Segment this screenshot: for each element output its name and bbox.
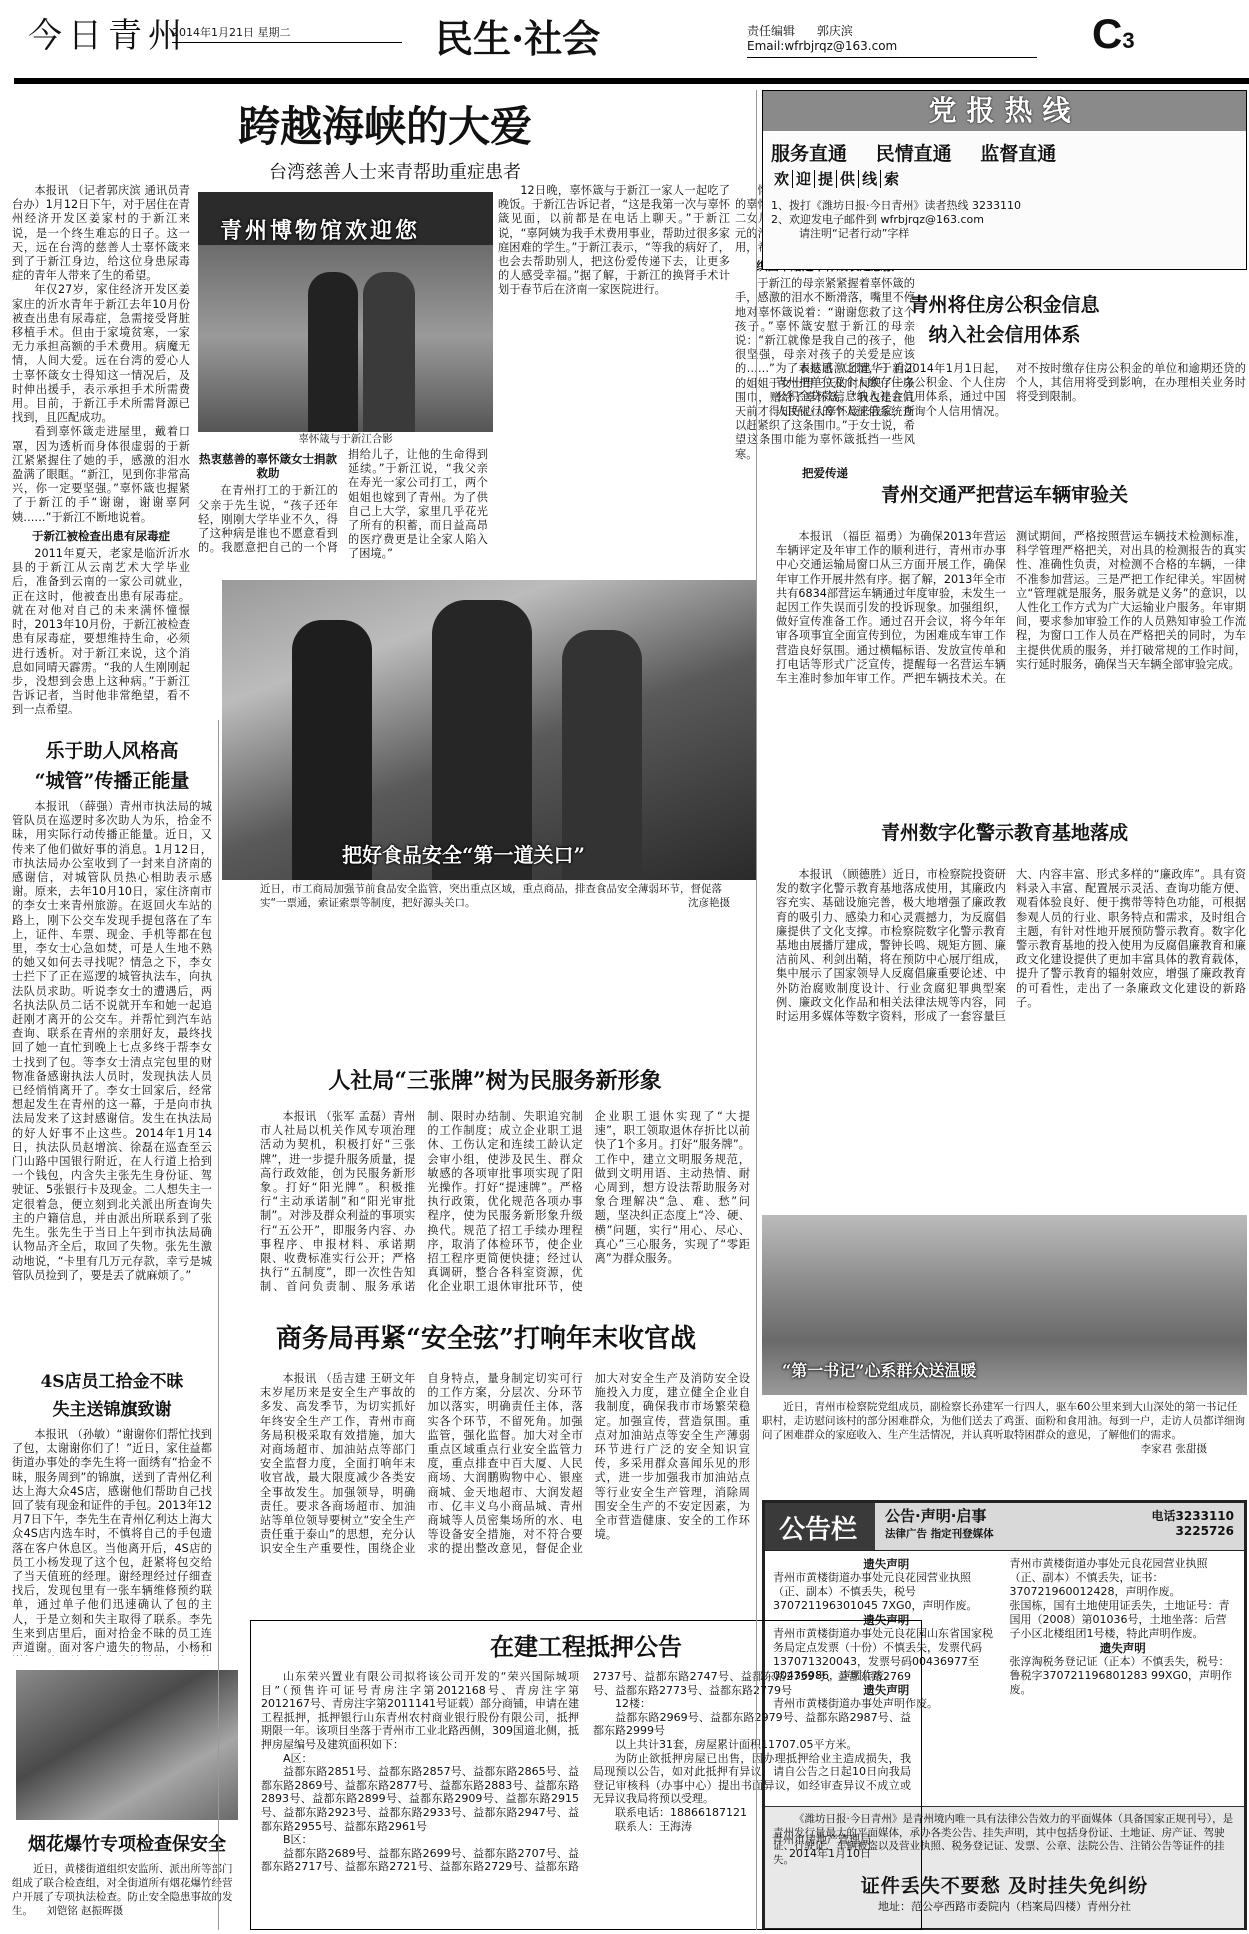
transport-para: 本报讯 （福臣 福勇）为确保2013年营运车辆评定及年审工作的顺利进行，青州市办… [776, 530, 1246, 686]
lead-photo-caption: 辜怀箴与于新江合影 [198, 432, 493, 446]
mortgage-objection: 为防止欲抵押房屋已出售，因办理抵押给业主造成损失，我局现预以公告，如对此抵押有异… [593, 1752, 911, 1806]
mortgage-issuer: 青州市房地产管理局 [593, 1833, 911, 1847]
commerce-para: 本报讯 （岳吉建 王研文年末岁尾历来是安全生产事故的多发、高发季节，为切实抓好年… [260, 1372, 750, 1557]
hotline-phone: 1、拨打《潍坊日报·今日青州》读者热线 3233110 [771, 199, 1238, 213]
hotline-title: 党报热线 [763, 91, 1246, 131]
notice-phone: 电话32331103225726 [1142, 1503, 1244, 1550]
social-security-para: 本报讯 （张军 孟磊）青州市人社局以机关作风专项治理活动为契机，积极打好“三张牌… [260, 1110, 750, 1295]
visit-caption: 近日，青州市检察院党组成员，副检察长孙建军一行四人，驱车60公里来到大山深处的第… [762, 1400, 1247, 1456]
chengguan-headline: 乐于助人风格高 “城管”传播正能量 [12, 736, 212, 796]
lead-section2-title: 热衷慈善的辜怀箴女士捐款救助 [198, 452, 338, 480]
issue-date: 2014年1月21日 星期二 [172, 24, 402, 43]
food-safety-title: 把好食品安全“第一道关口” [342, 839, 585, 868]
lead-text-col2: 热衷慈善的辜怀箴女士捐款救助 在青州打工的于新江的父亲于先生说，“孩子还年轻，刚… [198, 448, 488, 578]
housing-headline-1: 青州将住房公积金信息 [762, 290, 1247, 320]
transport-headline: 青州交通严把营运车辆审验关 [762, 480, 1247, 507]
lead-text-col1: 本报讯 （记者郭庆滨 通讯员青台办）1月12日下午，对于居住在青州经济开发区姜家… [12, 184, 190, 714]
notice-title: 公告栏 [765, 1503, 875, 1550]
lead-text-col3: 12日晚，辜怀箴与于新江一家人一起吃了晚饭。于新江告诉记者，“这是我第一次与辜怀… [498, 184, 730, 578]
lead-para-1: 本报讯 （记者郭庆滨 通讯员青台办）1月12日下午，对于居住在青州经济开发区姜家… [12, 184, 190, 283]
welcome-char: 索 [881, 170, 902, 188]
notice-header: 公告栏 公告·声明·启事法律广告 指定刊登媒体 电话32331103225726 [765, 1503, 1244, 1551]
digital-base-headline: 青州数字化警示教育基地落成 [762, 818, 1247, 845]
mortgage-title: 在建工程抵押公告 [261, 1627, 911, 1662]
notice-item-text: 张国栋，国有土地使用证丢失，土地证号：青国用（2008）第01036号，土地坐落… [1010, 1599, 1237, 1641]
food-safety-credit: 沈彦艳摄 [688, 896, 730, 910]
transport-text: 本报讯 （福臣 福勇）为确保2013年营运车辆评定及年审工作的顺利进行，青州市办… [776, 530, 1246, 792]
editor-info: 责任编辑 郭庆滨 Email:wfrbjrqz@163.com [747, 22, 1037, 58]
fireworks-headline: 烟花爆竹专项检查保安全 [12, 1830, 242, 1856]
lead-photo: 青州博物馆欢迎您 [198, 192, 493, 432]
lead-headline: 跨越海峡的大爱 [210, 94, 560, 154]
lead-para-2: 年仅27岁，家住经济开发区姜家庄的沂水青年于新江去年10月份被查出患有尿毒症，急… [12, 283, 190, 425]
housing-headline-2: 纳入社会信用体系 [762, 320, 1247, 350]
lead-subheadline: 台湾慈善人士来青帮助重症患者 [230, 158, 560, 184]
notice-col-right: 青州市黄楼街道办事处元良花园营业执照（正、副本）不慎丢失，证书：37072196… [1010, 1557, 1237, 1800]
hotline-box: 党报热线 服务直通 民情直通 监督直通 欢迎提供线索 1、拨打《潍坊日报·今日青… [762, 90, 1247, 270]
mortgage-building-12-list: 益都东路2969号、益都东路2979号、益都东路2987号、益都东路2999号 [593, 1711, 911, 1738]
mortgage-notice: 在建工程抵押公告 山东荣兴置业有限公司拟将该公司开发的“荣兴国际城项目”（预售许… [250, 1620, 922, 1930]
fireworks-photo [16, 1670, 238, 1820]
notice-item-text: 张淳淘税务登记证（正本）不慎丢失，税号：鲁税字370721196801283 9… [1010, 1655, 1237, 1697]
hotline-services: 服务直通 民情直通 监督直通 [763, 131, 1246, 166]
mortgage-intro: 山东荣兴置业有限公司拟将该公司开发的“荣兴国际城项目”（预售许可证号青房注字第2… [261, 1670, 579, 1752]
food-safety-photo: 把好食品安全“第一道关口” [222, 580, 757, 880]
hotline-contact: 1、拨打《潍坊日报·今日青州》读者热线 3233110 2、欢迎发电子邮件到 w… [763, 191, 1246, 241]
welcome-char: 供 [837, 170, 859, 188]
chengguan-headline-2: “城管”传播正能量 [12, 766, 212, 796]
food-safety-caption-text: 近日，市工商局加强节前食品安全监管，突出重点区域，重点商品，排查食品安全薄弱环节… [260, 883, 722, 909]
lead-para-3: 看到辜怀箴走进屋里，戴着口罩，因为透析而身体很虚弱的于新江紧紧握住了她的手，感激… [12, 425, 190, 524]
mortgage-body: 山东荣兴置业有限公司拟将该公司开发的“荣兴国际城项目”（预售许可证号青房注字第2… [261, 1670, 911, 1910]
housing-headline: 青州将住房公积金信息 纳入社会信用体系 [762, 290, 1247, 350]
mortgage-building-a-list: 益都东路2851号、益都东路2857号、益都东路2865号、益都东路2869号、… [261, 1765, 579, 1833]
hotline-email[interactable]: 2、欢迎发电子邮件到 wfrbjrqz@163.com [771, 213, 1238, 227]
column-divider [218, 720, 219, 1930]
visit-caption-text: 近日，青州市检察院党组成员，副检察长孙建军一行四人，驱车60公里来到大山深处的第… [762, 1401, 1245, 1441]
museum-sign-text: 青州博物馆欢迎您 [220, 214, 420, 245]
masthead-rule [14, 78, 1249, 84]
lost-found-headline: 4S店员工拾金不昧 失主送锦旗致谢 [12, 1368, 212, 1424]
editor-label: 责任编辑 [747, 24, 795, 38]
welcome-char: 迎 [793, 170, 815, 188]
lead-section1-title: 于新江被检查出患有尿毒症 [12, 529, 190, 543]
paper-logo: 今日青州 [28, 8, 188, 57]
welcome-char: 线 [859, 170, 881, 188]
hotline-note: 请注明“记者行动”字样 [771, 227, 1238, 241]
lost-found-text: 本报讯 （孙敏）“谢谢你们帮忙找到了包，太谢谢你们了！”近日，家住益都街道办事处… [12, 1428, 212, 1656]
mortgage-building-b: B区： [261, 1833, 579, 1847]
service-item: 监督直通 [980, 143, 1056, 165]
service-item: 民情直通 [876, 143, 952, 165]
chengguan-para: 本报讯 （薛强）青州市执法局的城管队员在巡逻时多次助人为乐，拾金不昧，用实际行动… [12, 800, 212, 1283]
lost-found-headline-1: 4S店员工拾金不昧 [12, 1368, 212, 1396]
welcome-char: 欢 [771, 170, 793, 188]
housing-para: 本报讯 （邱建华）自2014年1月1日起，青州把单位及个人缴存住房公积金、个人住… [776, 362, 1246, 419]
service-item: 服务直通 [771, 143, 847, 165]
notice-item-text: 青州市黄楼街道办事处元良花园营业执照（正、副本）不慎丢失，证书：37072196… [1010, 1557, 1237, 1599]
page-number: C3 [1092, 10, 1135, 58]
editor-name: 郭庆滨 [817, 24, 853, 38]
notice-tags: 公告·声明·启事法律广告 指定刊登媒体 [875, 1503, 1142, 1550]
fireworks-caption: 近日，黄楼街道组织安监所、派出所等部门组成了联合检查组，对全街道所有烟花爆竹经营… [12, 1862, 242, 1918]
notice-phone-2: 3225726 [1152, 1524, 1234, 1538]
mortgage-contact: 联系人：王海涛 [593, 1820, 911, 1834]
notice-item-title: 遗失声明 [773, 1557, 1000, 1571]
person-silhouette [363, 272, 415, 432]
chengguan-text: 本报讯 （薛强）青州市执法局的城管队员在巡逻时多次助人为乐，拾金不昧，用实际行动… [12, 800, 212, 1360]
person-silhouette [432, 600, 532, 880]
mortgage-date: 2014年1月10日 [593, 1847, 911, 1861]
notice-phone-1: 电话3233110 [1152, 1507, 1234, 1524]
visit-photo: “第一书记”心系群众送温暖 [762, 1215, 1247, 1395]
digital-base-text: 本报讯 （顾德胜）近日，市检察院投资研发的数字化警示教育基地落成使用，其廉政内容… [776, 868, 1246, 1208]
editor-email[interactable]: Email:wfrbjrqz@163.com [747, 39, 897, 53]
page-digit: 3 [1122, 28, 1134, 53]
notice-item-title: 遗失声明 [1010, 1641, 1237, 1655]
notice-item-text: 青州市黄楼街道办事处元良花园营业执照（正、副本）不慎丢失，税号370721196… [773, 1571, 1000, 1613]
digital-base-para: 本报讯 （顾德胜）近日，市检察院投资研发的数字化警示教育基地落成使用，其廉政内容… [776, 868, 1246, 1024]
fireworks-credit: 刘铠铭 赵振晖摄 [36, 1905, 123, 1917]
notice-tags-text: 公告·声明·启事 [885, 1507, 986, 1525]
mortgage-building-a: A区： [261, 1752, 579, 1766]
lost-found-headline-2: 失主送锦旗致谢 [12, 1396, 212, 1424]
lead-section1-text: 2011年夏天，老家是临沂沂水县的于新江从云南艺术大学毕业后，准备到云南的一家公… [12, 547, 190, 714]
lost-found-para: 本报讯 （孙敏）“谢谢你们帮忙找到了包，太谢谢你们了！”近日，家住益都街道办事处… [12, 1428, 212, 1656]
notice-tags-sub: 法律广告 指定刊登媒体 [885, 1526, 1132, 1541]
hotline-welcome: 欢迎提供线索 [763, 166, 1246, 191]
food-safety-caption: 近日，市工商局加强节前食品安全监管，突出重点区域，重点商品，排查食品安全薄弱环节… [260, 882, 730, 910]
lead-section4-text: 12日晚，辜怀箴与于新江一家人一起吃了晚饭。于新江告诉记者，“这是我第一次与辜怀… [498, 184, 730, 298]
mortgage-building-12: 12楼： [593, 1697, 911, 1711]
visit-credit: 李家君 张甜摄 [1120, 1442, 1247, 1456]
commerce-headline: 商务局再紧“安全弦”打响年末收官战 [226, 1318, 746, 1355]
welcome-char: 提 [815, 170, 837, 188]
chengguan-headline-1: 乐于助人风格高 [12, 736, 212, 766]
housing-text: 本报讯 （邱建华）自2014年1月1日起，青州把单位及个人缴存住房公积金、个人住… [776, 362, 1246, 462]
mortgage-phone: 联系电话：18866187121 [593, 1806, 911, 1820]
social-security-text: 本报讯 （张军 孟磊）青州市人社局以机关作风专项治理活动为契机，积极打好“三张牌… [260, 1110, 750, 1310]
lead-section4-title: 把爱传递 [735, 466, 915, 480]
section-title: 民生·社会 [435, 8, 600, 63]
person-silhouette [308, 272, 358, 432]
commerce-text: 本报讯 （岳吉建 王研文年末岁尾历来是安全生产事故的多发、高发季节，为切实抓好年… [260, 1372, 750, 1582]
visit-photo-label: “第一书记”心系群众送温暖 [782, 1358, 976, 1381]
page-letter: C [1092, 10, 1122, 57]
column-divider [756, 90, 757, 1930]
mortgage-total: 以上共计31套，房屋累计面积11707.05平方米。 [593, 1738, 911, 1752]
social-security-headline: 人社局“三张牌”树为民服务新形象 [250, 1064, 740, 1095]
